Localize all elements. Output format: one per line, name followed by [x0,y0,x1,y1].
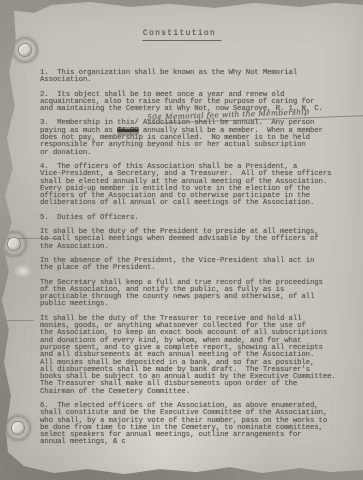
punch-hole-bottom [5,415,31,441]
paper-stain [14,264,32,278]
punch-hole-top [12,37,38,63]
document-title: Constitution [142,29,221,41]
paragraph-6: 6. The elected officers of the Associati… [40,403,352,447]
paragraph-treasurer: It shall be the duty of the Treasurer to… [40,316,352,396]
crease-line [0,320,34,321]
paragraph-vice-president: In the absence of the President, the Vic… [40,258,352,273]
document-body: 1. This organization shall be known as t… [40,70,352,454]
paragraph-5-heading: 5. Duties of Officers. [40,215,352,222]
paper-sheet: Constitution 1. This organization shall … [0,0,363,480]
torn-edge [0,0,14,180]
paragraph-secretary: The Secretary shall keep a full and true… [40,280,352,309]
paragraph-president-duties: It shall be the duty of the President to… [40,229,352,251]
paragraph-3: 3. Membership in this/ Association shall… [40,120,352,156]
paragraph-4: 4. The officers of this Association shal… [40,164,352,208]
scanned-document: Constitution 1. This organization shall … [0,0,363,480]
punch-hole-middle [1,231,27,257]
paragraph-1: 1. This organization shall be known as t… [40,70,352,85]
